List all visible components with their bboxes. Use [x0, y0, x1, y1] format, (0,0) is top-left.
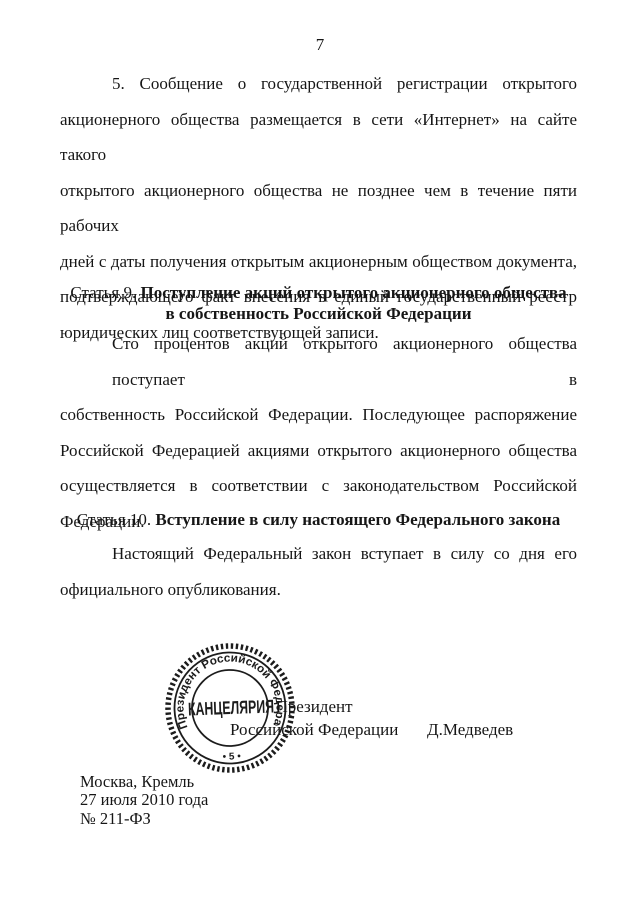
- paragraph-article-9: Сто процентов акций открытого акционерно…: [60, 326, 577, 539]
- text-line: Настоящий Федеральный закон вступает в с…: [60, 536, 577, 572]
- stamp-center-text: КАНЦЕЛЯРИЯ: [188, 695, 275, 719]
- article-9-label: Статья 9.: [70, 283, 136, 302]
- article-9-title-line2: в собственность Российской Федерации: [165, 304, 471, 323]
- footer-place: Москва, Кремль: [80, 773, 208, 791]
- article-10-title: Вступление в силу настоящего Федеральног…: [155, 510, 560, 529]
- footer-block: Москва, Кремль 27 июля 2010 года № 211-Ф…: [80, 773, 208, 828]
- paragraph-article-10: Настоящий Федеральный закон вступает в с…: [60, 536, 577, 607]
- text-line: дней с даты получения открытым акционерн…: [60, 244, 577, 280]
- article-9-heading: Статья 9. Поступление акций открытого ак…: [60, 283, 577, 324]
- text-line: открытого акционерного общества не поздн…: [60, 173, 577, 244]
- article-9-title-line1: Поступление акций открытого акционерного…: [140, 283, 566, 302]
- article-10-label: Статья 10.: [77, 510, 151, 529]
- footer-law-number: № 211-ФЗ: [80, 810, 208, 828]
- footer-date: 27 июля 2010 года: [80, 791, 208, 809]
- text-line: Российской Федерацией акциями открытого …: [60, 433, 577, 469]
- article-10-heading: Статья 10. Вступление в силу настоящего …: [60, 510, 577, 531]
- chancery-stamp: Президент Российской Федерации • 5 • КАН…: [158, 636, 302, 780]
- signature-name: Д.Медведев: [427, 719, 513, 741]
- text-line: Сто процентов акций открытого акционерно…: [60, 326, 577, 397]
- text-line: акционерного общества размещается в сети…: [60, 102, 577, 173]
- text-line: 5. Сообщение о государственной регистрац…: [60, 66, 577, 102]
- page-number: 7: [0, 35, 640, 55]
- text-line: осуществляется в соответствии с законода…: [60, 468, 577, 504]
- text-line: официального опубликования.: [60, 572, 577, 608]
- stamp-bottom-number: • 5 •: [222, 751, 241, 763]
- document-page: 7 5. Сообщение о государственной регистр…: [0, 0, 640, 905]
- text-line: собственность Российской Федерации. Посл…: [60, 397, 577, 433]
